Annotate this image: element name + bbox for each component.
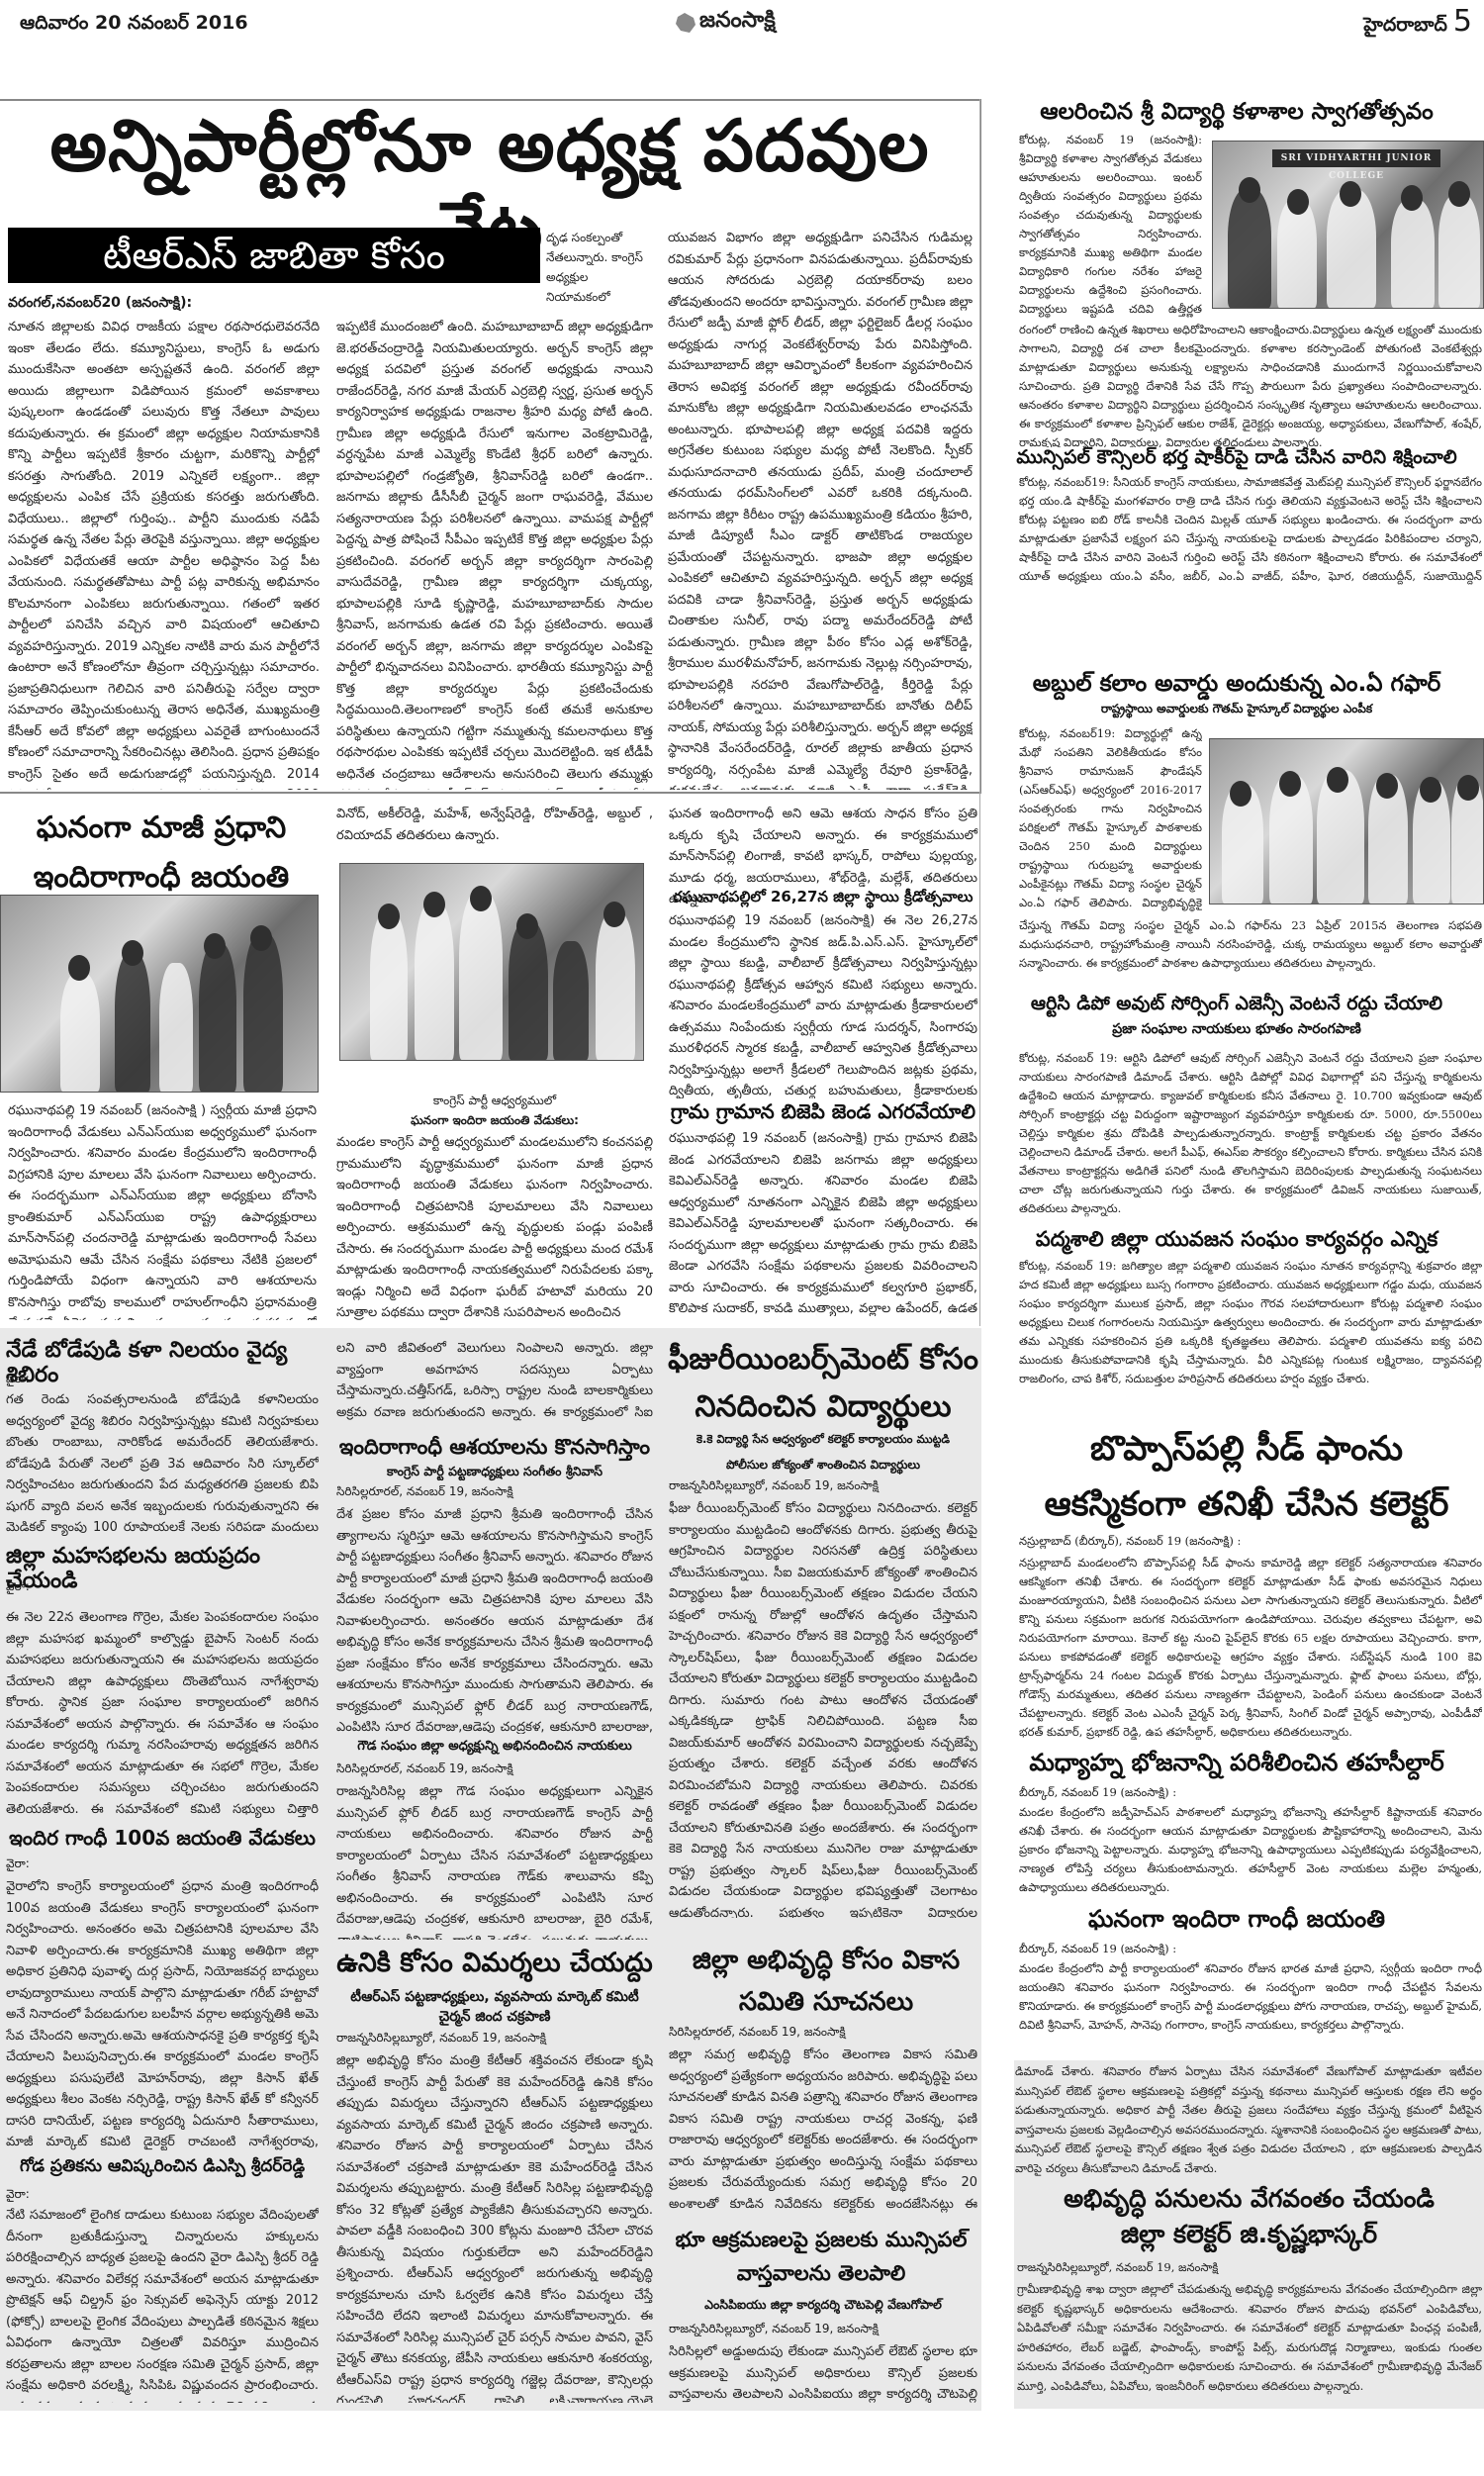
band3-middle-s1-dateline: సిరిసిల్లరూరల్, నవంబర్ 19, జనంసాక్షి	[336, 1484, 513, 1501]
band3-left-s2-body: ఈ నెల 22న తెలంగాణ గొర్రెల, మేకల పెంపకందా…	[6, 1607, 319, 1821]
lead-col2: ఇప్పటికే ముందంజలో ఉంది. మహబూబాబాద్ జిల్ల…	[336, 317, 653, 790]
lead-col2-top: దృఢ సంకల్పంతో నేతలున్నారు. కాంగ్రెస్ అధ్…	[546, 228, 655, 307]
edition-name: హైదరాబాద్	[1363, 14, 1447, 41]
photo-banner: SRI VIDHYARTHI JUNIOR COLLEGE	[1272, 149, 1440, 167]
band2-right-sub2-headline: గ్రామ గ్రామాన బిజెపి జెండ ఎగరవేయాలి	[669, 1100, 977, 1123]
lead-col1: నూతన జిల్లాలకు వివిధ రాజకీయ పక్షాల రథసార…	[8, 317, 320, 790]
story-kalam-award-headline: అబ్దుల్ కలాం అవార్డు అందుకున్న ఎం.ఏ గఫార…	[989, 671, 1484, 697]
logo-text: జనంసాక్షి	[699, 8, 776, 38]
story-rtc-subhead: ప్రజా సంఘాల నాయకులు భూతం సారంగపాణి	[989, 1021, 1484, 1037]
band3-right-s1-dateline: రాజన్నసిరిసిల్లబ్యూరో, నవంబర్ 19, జనంసాక…	[669, 1478, 879, 1495]
band3-middle-s2-body: రాజన్నసిరిసిల్ల జిల్లా గౌడ సంఘం అధ్యక్షు…	[336, 1781, 653, 1940]
band3-middle-s3-headline: ఉనికి కోసం విమర్శలు చేయద్దు	[336, 1948, 653, 1978]
band3-right-s2-dateline: సిరిసిల్లరూరల్, నవంబర్ 19, జనంసాక్షి	[669, 2025, 846, 2042]
band3-right-s2-body: జిల్లా సమగ్ర అభివృద్ధి కోసం తెలంగాణ వికా…	[669, 2045, 977, 2215]
band3-right-s1-subhead1: కె.కె విద్యార్థి సేన ఆధ్వర్యంలో కలెక్టర్…	[667, 1433, 979, 1446]
story-seed-farm-headline: బొప్పాస్‌పల్లి సీడ్ ఫాంను ఆకస్మికంగా తని…	[1029, 1421, 1464, 1532]
band2-middle-body: మండల కాంగ్రెస్ పార్టీ ఆధ్వర్యములో మండలము…	[336, 1132, 653, 1320]
photo-caption-line1: కాంగ్రెస్ పార్టీ ఆధ్వర్యములో	[336, 1091, 653, 1110]
photo-caption: కాంగ్రెస్ పార్టీ ఆధ్వర్యములో ఘనంగా ఇందిర…	[336, 1091, 653, 1130]
band3-left-s2-headline: జిల్లా మహసభలను జయప్రదం చేయండి	[6, 1544, 319, 1594]
story-kalam-award-subhead: రాష్ట్రస్థాయి అవార్డులకు గౌతమ్ హైస్కూల్ …	[989, 703, 1484, 716]
band2-right-sub1-headline: రఘునాథపల్లిలో 26,27న జిల్లా స్థాయి క్రీడ…	[669, 889, 977, 905]
story-councillor-headline: మున్సిపల్ కౌన్సిలర్ భర్త షాకీర్‌పై దాడి …	[989, 447, 1484, 469]
band3-middle-s1-body: దేశ ప్రజల కోసం మాజీ ప్రధాని శ్రీమతి ఇంది…	[336, 1504, 653, 1734]
band2-middle-top: వినోద్, అకీల్‌రెడ్డి, మహేశ్, అన్వేష్‌రెడ…	[336, 804, 653, 846]
page-number: 5	[1453, 4, 1472, 39]
band3-left-s4-body: నేటి సమాజంలో లైంగిక దాడులు కుటుంబ సభ్యుల…	[6, 2205, 319, 2403]
band3-right-s1-body: ఫీజు రీయింబర్స్‌మెంట్ కోసం విద్యార్థులు …	[669, 1498, 977, 1918]
band3-left-s3-dateline: వైరా:	[6, 1857, 30, 1873]
band3-left-s3-body: వైరాలోని కాంగ్రెస్ కార్యాలయంలో ప్రధాన మం…	[6, 1876, 319, 2151]
photo-caption-line2: ఘనంగా ఇందిరా జయంతి వేడుకలు:	[336, 1110, 653, 1130]
story-development-dateline: రాజన్నసిరిసిల్లబ్యూరో, నవంబర్ 19, జనంసాక…	[1017, 2260, 1218, 2277]
telangana-map-icon	[676, 13, 696, 33]
band3-right-s3-dateline: రాజన్నసిరిసిల్లబ్యూరో, నవంబర్ 19, జనంసాక…	[669, 2322, 879, 2338]
band3-middle-s2-headline: గౌడ సంఘం జిల్లా అధ్యక్షున్ని అభినందించిన…	[336, 1740, 653, 1755]
band3-right-s1-headline: ఫీజురీయింబర్స్‌మెంట్ కోసం నినదించిన విద్…	[667, 1336, 979, 1431]
band3-middle-s2-dateline: సిరిసిల్లరూరల్, నవంబర్ 19, జనంసాక్షి	[336, 1762, 513, 1778]
band3-right-s3-headline: భూ ఆక్రమణలపై ప్రజలకు మున్సిపల్ వాస్తవాలన…	[673, 2223, 970, 2290]
band2-right-sub2-body: రఘునాథపల్లి 19 నవంబర్ (జనంసాక్షి) గ్రామ …	[669, 1128, 977, 1316]
story-rtc-headline: ఆర్టిసి డిపో అవుట్ సోర్సింగ్ ఎజెన్సీ వెం…	[989, 994, 1484, 1015]
band3-middle-s3-body: జిల్లా అభివృద్ధి కోసం మంత్రి కేటీఆర్ శక్…	[336, 2050, 653, 2403]
college-freshers-photo: SRI VIDHYARTHI JUNIOR COLLEGE	[1212, 141, 1484, 309]
lead-subhead-box: టీఆర్ఎస్ జాబితా కోసం ఎదురుచూపు	[8, 228, 540, 283]
story-indira-jayanti-body: మండల కేంద్రంలోని పార్టీ కార్యాలయంలో శనివ…	[1019, 1959, 1482, 2054]
story-development-subhead: జిల్లా కలెక్టర్ జి.కృష్ణభాస్కర్	[1014, 2221, 1484, 2249]
band3-middle-top: లని వారి జీవితంలో వెలుగులు నింపాలని అన్న…	[336, 1338, 653, 1425]
band2-right-sub1-body: రఘునాథపల్లి 19 నవంబర్ (జనంసాక్షి) ఈ నెల …	[669, 910, 977, 1098]
band3-left-s4-headline: గోడ ప్రతికను ఆవిష్కరించిన డిఎస్పి శ్రీదర…	[6, 2157, 319, 2177]
band3-left-s1-headline: నేడే బోడేపుడి కళా నిలయం వైద్య శిబిరం	[6, 1338, 319, 1388]
story-kalam-award-side: కోరుట్ల, నవంబర్19: విద్యార్థుల్లో ఉన్న మ…	[1019, 724, 1202, 916]
band3-left-s1-body: గత రెండు సంవత్సరాలనుండి బోడేపుడి కళానిలయ…	[6, 1389, 319, 1538]
band3-right-s3-subhead: ఎంసిపిఐయు జిల్లా కార్యదర్శి చౌటపెల్లి వే…	[669, 2298, 977, 2312]
newspaper-logo: జనంసాక్షి	[676, 8, 776, 38]
story-midday-meal-dateline: బీర్కూర్, నవంబర్ 19 (జనంసాక్షి) :	[1019, 1785, 1176, 1802]
story-midday-meal-body: మండల కేంద్రంలోని జడ్పీహెచ్ఎస్ పాఠశాలలో మ…	[1019, 1803, 1482, 1898]
lead-article: అన్నిపార్టీల్లోనూ అధ్యక్ష పదవుల వేట టీఆర…	[0, 99, 981, 794]
band3-middle-s3-subhead: టీఆర్ఎస్ పట్టణాధ్యక్షులు, వ్యవసాయ మార్కె…	[346, 1987, 643, 2027]
story-rtc-body: కోరుట్ల, నవంబర్ 19: ఆర్టిసి డిపోలో ఆవుట్…	[1019, 1049, 1482, 1219]
story-padmashali-headline: పద్మశాలి జిల్లా యువజన సంఘం కార్యవర్గం ఎన…	[989, 1227, 1484, 1251]
band3-left-s4-dateline: వైరా:	[6, 2187, 30, 2204]
story-college-side: కోరుట్ల, నవంబర్ 19 (జనంసాక్షి): శ్రీవిద్…	[1019, 131, 1202, 321]
lead-dateline: వరంగల్,నవంబర్20 (జనంసాక్షి):	[8, 295, 192, 314]
kalam-award-photo	[1209, 738, 1484, 905]
column-divider	[979, 99, 980, 1326]
story-kalam-award-body: చేస్తున్న గౌతమ్ విద్యా సంస్థల చైర్మన్ ఎం…	[1019, 916, 1482, 976]
story-padmashali-body: కోరుట్ల, నవంబర్ 19: జగిత్యాల జిల్లా పద్మ…	[1019, 1257, 1482, 1411]
band3-middle-s1-subhead: కాంగ్రెస్ పార్టీ పట్టణాధ్యక్షులు సంగీతం …	[336, 1465, 653, 1478]
story-college-body: రంగంలో రాణించి ఉన్నత శిఖరాలు అధిరోహించాల…	[1019, 321, 1482, 447]
band3-left-s1-dateline: వైరా:	[6, 1372, 30, 1388]
story-seed-farm-body: నస్రుల్లాబాద్ మండలంలోని బొప్పాస్‌పల్లి స…	[1019, 1554, 1482, 1740]
band3-right-s1-subhead2: పోలీసుల జోక్యంతో శాంతించిన విద్యార్థులు	[667, 1459, 979, 1473]
band3-middle-s1-headline: ఇందిరాగాంధీ ఆశయాలను కొనసాగిస్తాం	[336, 1435, 653, 1459]
band3-middle-s3-dateline: రాజన్నసిరిసిల్లబ్యూరో, నవంబర్ 19, జనంసాక…	[336, 2031, 546, 2047]
edition-label: హైదరాబాద్ 5	[1363, 4, 1472, 41]
band3-left-s3-headline: ఇందిర గాంధీ 100వ జయంతి వేడుకలు	[6, 1827, 319, 1850]
story-midday-meal-headline: మధ్యాహ్న భోజనాన్ని పరిశీలించిన తహసీల్దార…	[989, 1750, 1484, 1777]
lead-col3: యువజన విభాగం జిల్లా అధ్యక్షుడిగా పనిచేసి…	[668, 228, 973, 790]
band2-left-body: రఘునాథపల్లి 19 నవంబర్ (జనంసాక్షి ) స్వర్…	[8, 1100, 317, 1320]
story-development-headline: అభివృద్ధి పనులను వేగవంతం చేయండి	[1014, 2185, 1484, 2214]
indira-statue-photo	[0, 895, 319, 1093]
band3-right-s2-headline: జిల్లా అభివృద్ధి కోసం వికాస సమితి సూచనలు	[683, 1940, 970, 2023]
story-development-body: గ్రామీణాభివృద్ధి శాఖ ద్వారా జిల్లాలో చేప…	[1017, 2280, 1482, 2399]
band3-right-s3-body: సిరిసిల్లలో అడ్డుఅదుపు లేకుండా మున్సిపల్…	[669, 2341, 977, 2405]
story-seed-farm-dateline: నస్రుల్లాబాద్ (బీర్కూర్), నవంబర్ 19 (జనం…	[1019, 1534, 1241, 1551]
band3-left-s2-dateline: వైరా:	[6, 1579, 30, 1596]
story-councillor-body: కోరుట్ల, నవంబర్19: సీనియర్ కాంగ్రెస్ నాయ…	[1019, 473, 1482, 590]
issue-date: ఆదివారం 20 నవంబర్ 2016	[20, 12, 248, 39]
story-indira-jayanti-dateline: బీర్కూర్, నవంబర్ 19 (జనంసాక్షి) :	[1019, 1942, 1176, 1958]
story-indira-jayanti-headline: ఘనంగా ఇందిరా గాంధీ జయంతి	[989, 1906, 1484, 1934]
story-land-cont-body: డిమాండ్ చేశారు. శనివారం రోజున ఏర్పాటు చే…	[1015, 2062, 1482, 2181]
story-college-headline: ఆలరించిన శ్రీ విద్యార్థి కళాశాల స్వాగతోత…	[989, 99, 1484, 125]
congress-event-photo	[339, 863, 644, 1061]
